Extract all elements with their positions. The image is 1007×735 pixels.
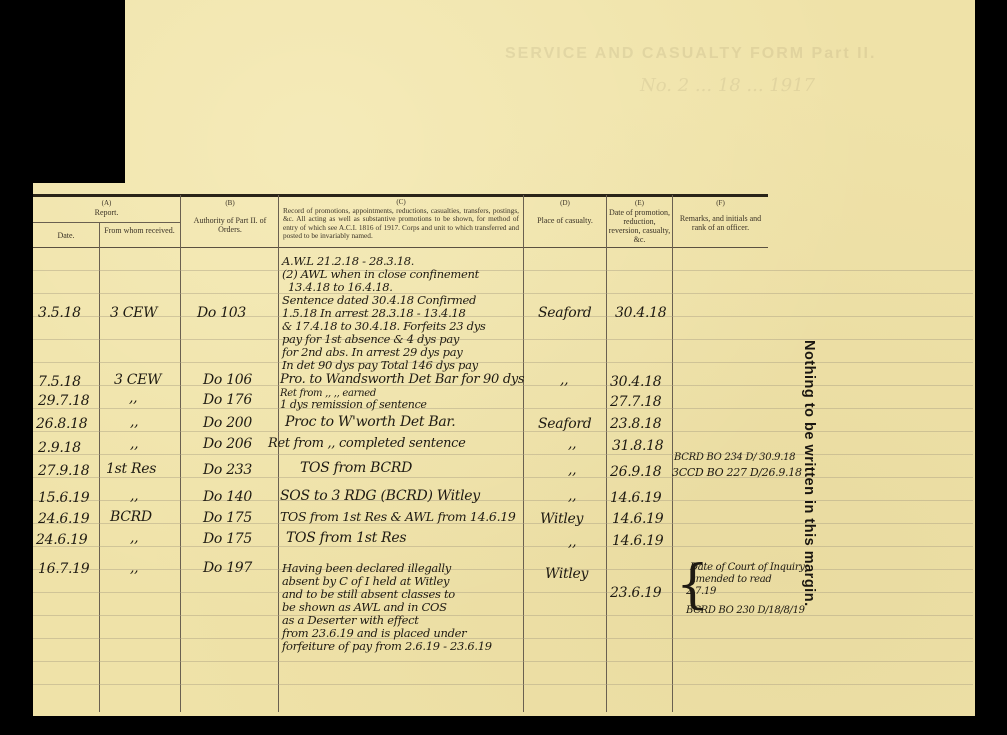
header-report: (A) Report. (33, 199, 180, 217)
entry-place: Witley (540, 511, 583, 527)
ruled-line (33, 454, 973, 455)
entry-date: 27.9.18 (38, 463, 89, 479)
entry-from: 3 CEW (110, 305, 157, 321)
entry-place: ,, (568, 488, 576, 504)
entry-date: 3.5.18 (38, 305, 81, 321)
entry-record: 1 dys remission of sentence (280, 398, 427, 411)
entry-date: 2.9.18 (38, 440, 81, 456)
scan-right-border (975, 0, 1007, 735)
entry-date-e: 14.6.19 (610, 490, 661, 506)
entry-from: ,, (130, 436, 138, 452)
entry-date-e: 31.8.18 (612, 438, 663, 454)
entry-from: ,, (130, 530, 138, 546)
entry-date: 29.7.18 (38, 393, 89, 409)
form-title: SERVICE AND CASUALTY FORM Part II. (505, 45, 876, 63)
entry-place: Seaford (538, 305, 591, 321)
entry-date-e: 30.4.18 (615, 305, 666, 321)
ruled-line (33, 546, 973, 547)
entry-from: ,, (130, 560, 138, 576)
entry-record-multiline: Having been declared illegally absent by… (282, 562, 562, 653)
entry-remarks: BCRD BO 230 D/18/8/19 (686, 605, 805, 616)
entry-authority: Do 140 (203, 489, 252, 505)
ruled-line (33, 477, 973, 478)
entry-date: 15.6.19 (38, 490, 89, 506)
header-from-whom: From whom received. (99, 226, 180, 235)
ruled-line (33, 431, 973, 432)
entry-record: Pro. to Wandsworth Det Bar for 90 dys (280, 372, 524, 387)
entry-authority: Do 106 (203, 372, 252, 388)
entry-remarks: amended to read (690, 574, 771, 585)
entry-from: 1st Res (106, 461, 156, 477)
entry-remarks: Date of Court of Inquiry (690, 562, 805, 573)
entry-authority: Do 103 (197, 305, 246, 321)
entry-date-e: 23.8.18 (610, 416, 661, 432)
entry-record: TOS from 1st Res & AWL from 14.6.19 (280, 509, 516, 524)
header-date: Date. (33, 231, 99, 240)
entry-authority: Do 176 (203, 392, 252, 408)
entry-date: 26.8.18 (36, 416, 87, 432)
entry-place: ,, (568, 462, 576, 478)
margin-note: Nothing to be written in this margin. (797, 340, 817, 680)
scan-black-mask (33, 0, 125, 183)
header-place: (D) Place of casualty. (524, 199, 606, 225)
header-remarks: (F) Remarks, and initials and rank of an… (673, 199, 768, 232)
entry-date-e: 23.6.19 (610, 585, 661, 601)
entry-authority: Do 200 (203, 415, 252, 431)
entry-record: TOS from BCRD (300, 460, 412, 476)
entry-date-e: 14.6.19 (612, 511, 663, 527)
ruled-line (33, 684, 973, 685)
scan-bottom-border (0, 716, 1007, 735)
entry-authority: Do 197 (203, 560, 252, 576)
ruled-line (33, 500, 973, 501)
header-date-e: (E) Date of promotion, reduction, revers… (607, 199, 672, 244)
entry-remarks: 2.7.19 (686, 586, 716, 597)
entry-date-e: 27.7.18 (610, 394, 661, 410)
entry-date: 7.5.18 (38, 374, 81, 390)
entry-date-e: 30.4.18 (610, 374, 661, 390)
header-record: (C) Record of promotions, appointments, … (283, 198, 519, 241)
entry-remarks: BCRD BO 234 D/ 30.9.18 (674, 452, 795, 463)
entry-record: TOS from 1st Res (286, 530, 406, 546)
entry-place: Witley (545, 566, 588, 582)
form-subtitle: No. 2 ... 18 ... 1917 (640, 75, 815, 96)
entry-place: ,, (560, 372, 568, 388)
entry-record-multiline: A.W.L 21.2.18 - 28.3.18. (2) AWL when in… (282, 255, 562, 372)
table-top-rule (33, 194, 768, 197)
entry-authority: Do 206 (203, 436, 252, 452)
entry-authority: Do 233 (203, 462, 252, 478)
table-header-rule (33, 247, 768, 248)
entry-from: 3 CEW (114, 372, 161, 388)
entry-from: ,, (129, 390, 137, 406)
header-authority: (B) Authority of Part II. of Orders. (182, 199, 278, 234)
entry-date: 24.6.19 (38, 511, 89, 527)
entry-from: ,, (130, 414, 138, 430)
entry-date-e: 26.9.18 (610, 464, 661, 480)
entry-from: ,, (130, 488, 138, 504)
entry-remarks: 3CCD BO 227 D/26.9.18 (672, 466, 802, 479)
entry-date: 16.7.19 (38, 561, 89, 577)
entry-record: Proc to W'worth Det Bar. (285, 414, 455, 430)
ruled-line (33, 408, 973, 409)
entry-place: ,, (568, 534, 576, 550)
entry-from: BCRD (110, 509, 152, 525)
report-subheader-rule (33, 222, 180, 223)
entry-record: Ret from ,, completed sentence (268, 436, 466, 451)
entry-record: SOS to 3 RDG (BCRD) Witley (280, 488, 480, 504)
entry-date-e: 14.6.19 (612, 533, 663, 549)
entry-date: 24.6.19 (36, 532, 87, 548)
entry-authority: Do 175 (203, 531, 252, 547)
ruled-line (33, 661, 973, 662)
entry-place: ,, (568, 436, 576, 452)
entry-authority: Do 175 (203, 510, 252, 526)
entry-place: Seaford (538, 416, 591, 432)
